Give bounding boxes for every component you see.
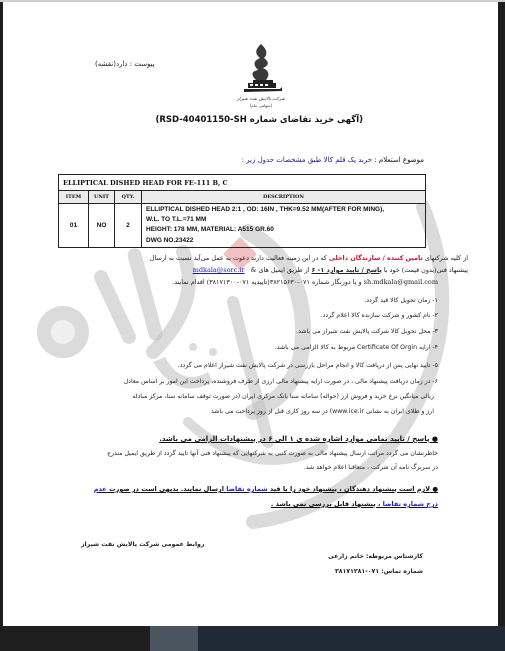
table-caption: ELLIPTICAL DISHED HEAD FOR FE-111 B, C — [59, 175, 426, 191]
request-number-note-line-2: درج شماره تقاضا ، پیشنهاد قابل بررسی نمی… — [271, 500, 438, 508]
requirement-6: ۶- در زمان دریافت پیشنهاد مالی ، در صورت… — [124, 378, 438, 385]
email-link-sorc[interactable]: mdkala@sorc.ir — [193, 266, 245, 274]
requirement-6-cont: ارز و طلای ایران به نشانی www.ice.ir) در… — [211, 408, 434, 415]
vertical-scrollbar[interactable] — [498, 2, 505, 626]
note-text: ارسال نمایند. بدیهی است در صورت — [107, 485, 227, 493]
public-relations-signature: روابط عمومی شرکت پالایش نفت شیراز — [81, 541, 204, 548]
requirement-2: ۲- نام کشور و شرکت سازنده کالا اعلام گرد… — [321, 312, 438, 319]
page-title: (آگهی خرید تقاضای شماره RSD-40401150-SH) — [163, 115, 363, 125]
cell-item: 01 — [59, 204, 89, 248]
taskbar-segment — [0, 626, 150, 651]
col-header-description: DESCRIPTION — [142, 191, 426, 204]
bullet-icon: ● — [430, 485, 438, 493]
intro-text: پیشنهاد فنی(بدون قیمت) خود با — [382, 266, 468, 274]
logo-subtitle: (سهامی عام) — [250, 103, 273, 108]
intro-line-2: پیشنهاد فنی(بدون قیمت) خود با پاسخ / تای… — [38, 265, 468, 277]
company-logo-icon: شرکت پالایش نفت شیراز (سهامی عام) — [236, 40, 286, 112]
cell-description: ELLIPTICAL DISHED HEAD 2:1 , OD: 16IN , … — [142, 204, 426, 248]
note-text: ، پیشنهاد قابل بررسی نمی باشد . — [271, 500, 383, 508]
intro-line-3: sh.mdkala@gmail.com و یا دورنگار شماره ۰… — [8, 277, 438, 289]
bullet-icon: ● — [429, 435, 438, 443]
cell-qty: 2 — [115, 204, 142, 248]
requirement-4: ۴- ارایه Certificate Of Orgin مربوط به ک… — [275, 344, 438, 351]
requirement-1: ۱- زمان تحویل کالا قید گردد. — [364, 297, 438, 304]
financial-note-line-2: در سربرگ نامه آن شرکت ، متعاقبا اعلام خو… — [304, 464, 438, 471]
financial-note-line-1: خاطرنشان می گردد مراتب ارسال پیشنهاد مال… — [107, 450, 438, 457]
request-number-highlight: شماره تقاضا — [226, 485, 267, 493]
requirement-6-cont: ریالی میانگین نرخ خرید و فروش ارز (حواله… — [132, 393, 434, 400]
logo-name: شرکت پالایش نفت شیراز — [236, 96, 285, 102]
table-row: 01 NO 2 ELLIPTICAL DISHED HEAD 2:1 , OD:… — [59, 204, 426, 248]
col-header-item: ITEM — [59, 191, 89, 204]
request-number-highlight: درج شماره تقاضا — [383, 500, 438, 508]
cell-unit: NO — [89, 204, 115, 248]
desc-line: W.L. TO T.L.=71 MM — [146, 215, 421, 225]
email-gmail: sh.mdkala@gmail.com — [364, 278, 438, 286]
mandatory-note-text: پاسخ / تایید تمامی موارد اشاره شده ی ۱ ا… — [159, 435, 429, 443]
document-page: پیوست : دارد(نقشه) شرکت پالایش نفت شیراز… — [3, 2, 498, 626]
desc-line: ELLIPTICAL DISHED HEAD 2:1 , OD: 16IN , … — [146, 205, 421, 215]
desc-line: HEIGHT: 178 MM, MATERIAL: A515 GR.60 — [146, 225, 421, 235]
expert-name: کارشناس مربوطه: خانم زارعی — [328, 553, 423, 560]
contact-number: شماره تماس: ۰۷۱-۳۸۱۷۱۲۸۱ — [335, 568, 423, 575]
intro-text: که در این زمینه فعالیت دارند دعوت به عمل… — [150, 254, 329, 262]
subject-label: موضوع استعلام : — [372, 156, 424, 164]
requirement-3: ۳- محل تحویل کالا شرکت پالایش نفت شیراز … — [296, 328, 438, 335]
inquiry-subject: موضوع استعلام : خرید یک قلم کالا طبق مشخ… — [242, 156, 424, 164]
spec-table: ELLIPTICAL DISHED HEAD FOR FE-111 B, C I… — [58, 174, 426, 248]
intro-text: و یا دورنگار شماره ۰۷۱-۳۸۲۱۵۶۳۰(تاییدیه … — [172, 278, 363, 286]
taskbar-segment — [198, 626, 505, 651]
highlight-suppliers: تامین کننده / سازندگان داخلی — [329, 254, 423, 262]
col-header-qty: QTY. — [115, 191, 142, 204]
mandatory-note: ● پاسخ / تایید تمامی موارد اشاره شده ی ۱… — [159, 435, 438, 443]
col-header-unit: UNIT — [89, 191, 115, 204]
intro-text: از طریق ایمیل های — [256, 266, 311, 274]
taskbar-active-item[interactable] — [150, 626, 198, 651]
table-header-row: ITEM UNIT QTY. DESCRIPTION — [59, 191, 426, 204]
attachment-label: پیوست : دارد(نقشه) — [95, 60, 155, 68]
note-text: لازم است پیشنهاد دهندگان ، پیشنهاد خود ر… — [268, 485, 430, 493]
request-number-note-line-1: ● لازم است پیشنهاد دهندگان ، پیشنهاد خود… — [94, 485, 438, 493]
taskbar — [0, 626, 505, 651]
desc-line: DWG NO.23422 — [146, 236, 421, 246]
requirement-5: ۵- تایید نهایی پس از دریافت کالا و انجام… — [178, 362, 438, 369]
absence-highlight: عدم — [94, 485, 107, 493]
intro-text: از کلیه شرکتهای — [423, 254, 468, 262]
intro-line-1: از کلیه شرکتهای تامین کننده / سازندگان د… — [38, 253, 468, 265]
subject-value: خرید یک قلم کالا طبق مشخصات جدول زیر : — [242, 156, 372, 164]
confirm-items-text: پاسخ / تایید موارد ۱- ۶ — [312, 266, 382, 274]
